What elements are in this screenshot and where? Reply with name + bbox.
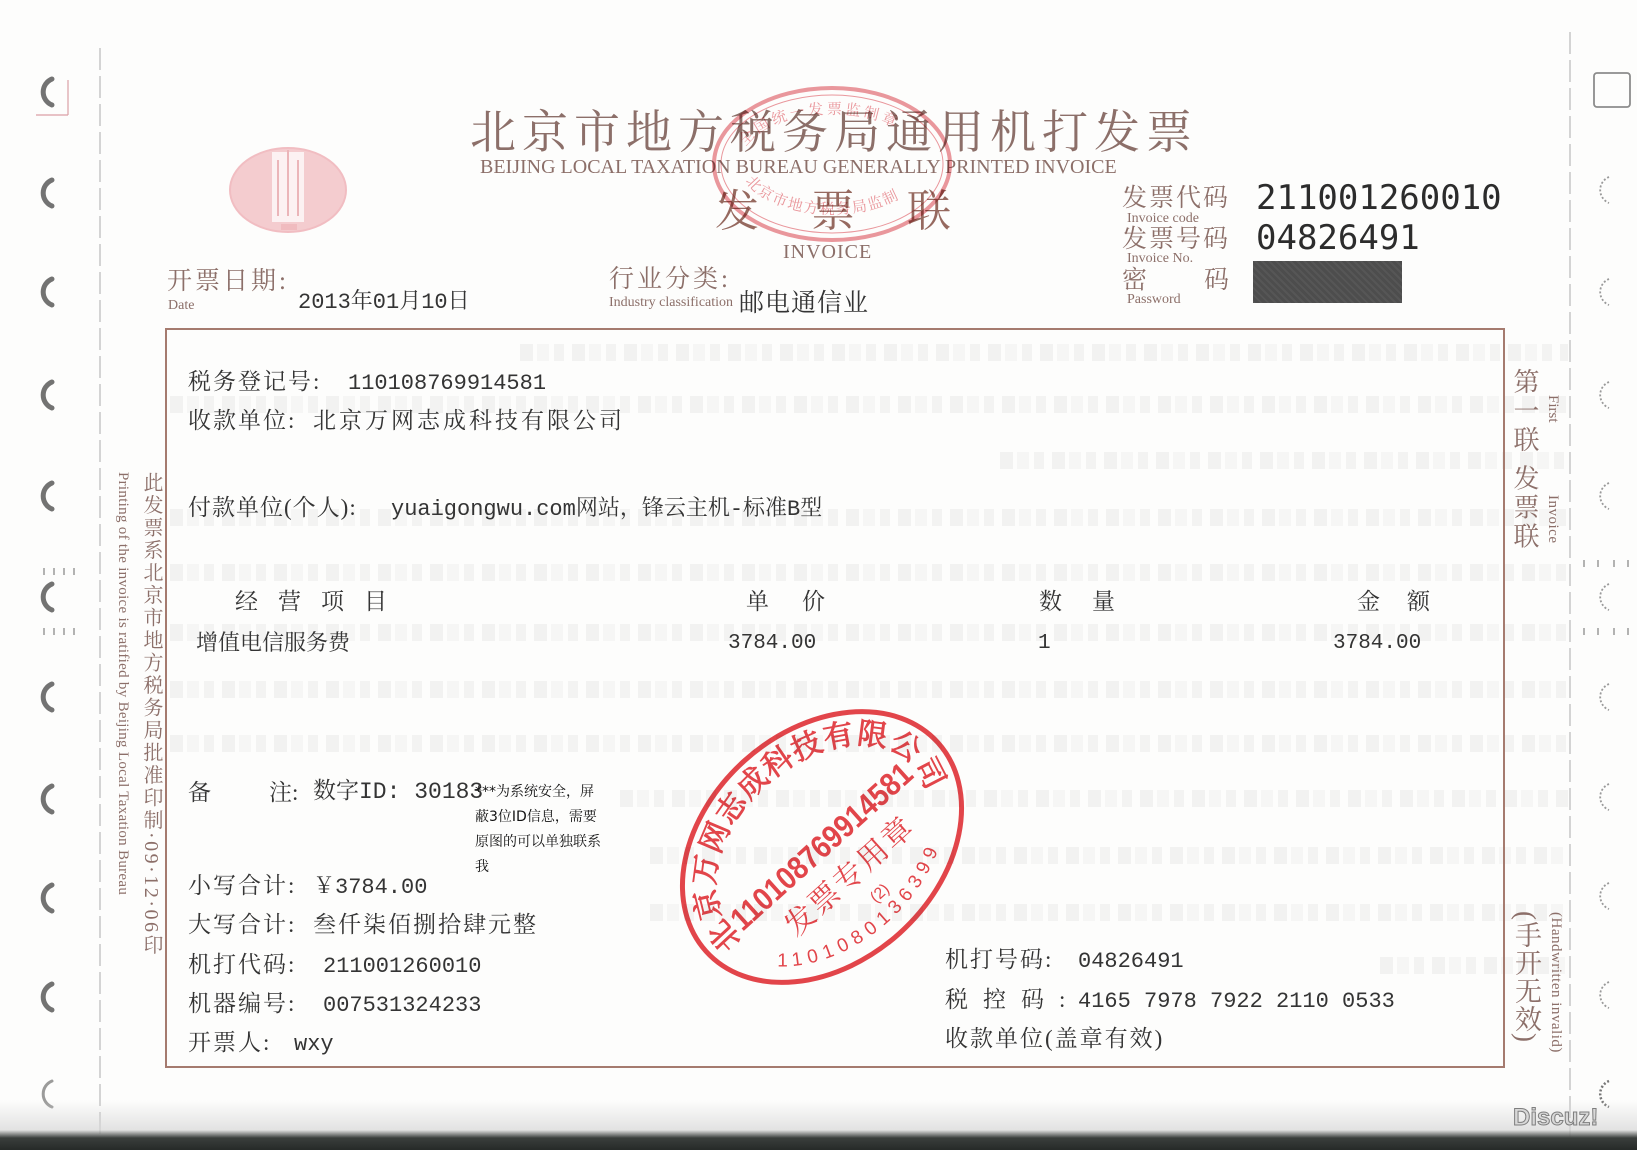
stamps-layer: 全国统一发票监制章 北京市地方税务局监制 北京万网志成科技有限公司 110108…: [0, 0, 1637, 1150]
tax-seal-bottom-text: 北京市地方税务局监制: [742, 173, 901, 219]
company-invoice-seal: 北京万网志成科技有限公司 110108769914581 发票专用章 (2) 1…: [628, 656, 1015, 1037]
scan-bottom-edge: [0, 1100, 1637, 1150]
svg-text:全国统一发票监制章: 全国统一发票监制章: [736, 101, 900, 149]
forum-watermark: Discuz!: [1513, 1106, 1598, 1130]
invoice-scan: 北京市地方税务局通用机打发票 BEIJING LOCAL TAXATION BU…: [0, 0, 1637, 1150]
tax-seal-top-text: 全国统一发票监制章: [736, 101, 900, 149]
tax-bureau-supervision-seal: 全国统一发票监制章 北京市地方税务局监制: [714, 88, 950, 240]
svg-text:北京市地方税务局监制: 北京市地方税务局监制: [742, 173, 901, 219]
